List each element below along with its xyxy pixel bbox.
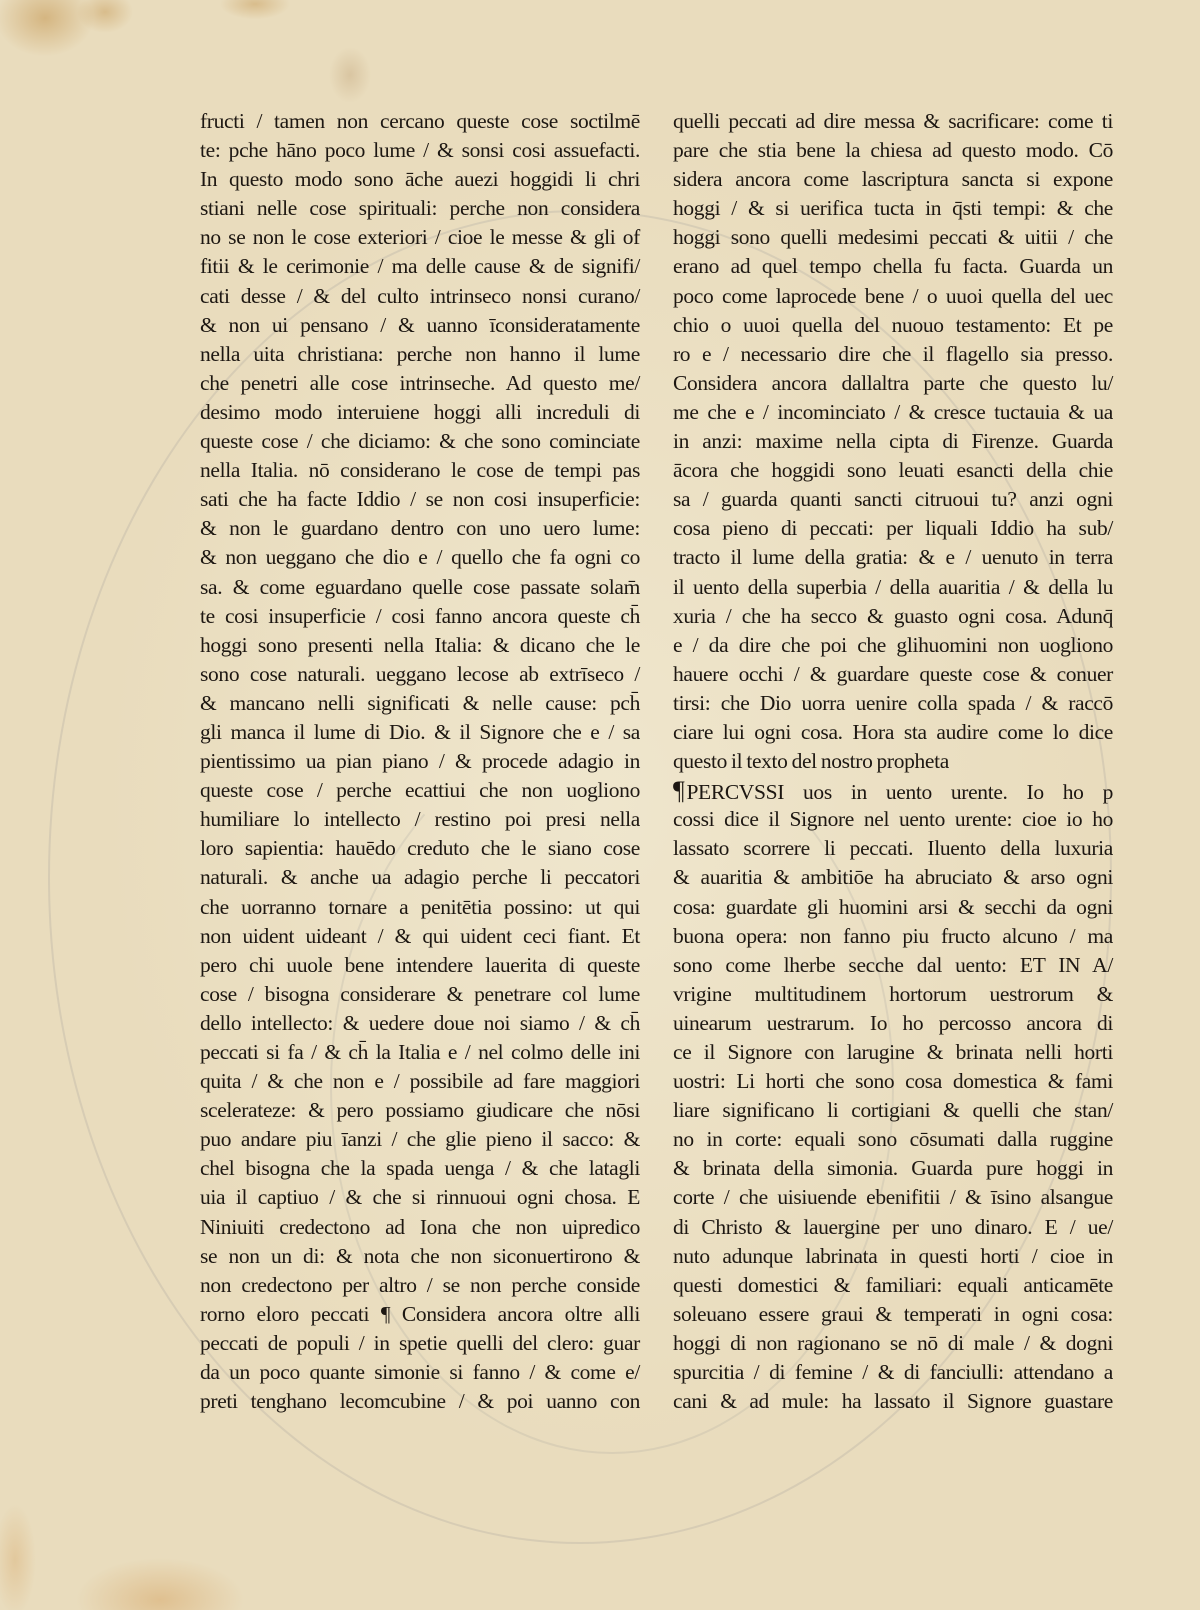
text-line: il uento della superbia / della auaritia… <box>673 573 1113 602</box>
text-line: queste cose / perche ecattiui che non uo… <box>200 776 640 805</box>
text-line: che penetri alle cose intrinseche. Ad qu… <box>200 369 640 398</box>
text-line: dello intellecto: & uedere doue noi siam… <box>200 1009 640 1038</box>
text-line: fitii & le cerimonie / ma delle cause & … <box>200 252 640 281</box>
text-line-with-mark: ¶PERCVSSI uos in uento urente. Io ho p <box>673 776 1113 805</box>
text-line: pero chi uuole bene intendere lauerita d… <box>200 951 640 980</box>
text-line: pientissimo ua pian piano / & procede ad… <box>200 747 640 776</box>
text-line: hoggi / & si uerifica tucta in q̄sti tem… <box>673 194 1113 223</box>
text-line: sa. & come eguardano quelle cose passate… <box>200 573 640 602</box>
text-line: peccati si fa / & ch̄ la Italia e / nel … <box>200 1038 640 1067</box>
text-line: buona opera: non fanno piu fructo alcuno… <box>673 922 1113 951</box>
text-line: & mancano nelli significati & nelle caus… <box>200 689 640 718</box>
text-line: chel bisogna che la spada uenga / & che … <box>200 1154 640 1183</box>
text-line: sa / guarda quanti sancti citruoui tu? a… <box>673 485 1113 514</box>
paper-page: fructi / tamen non cercano queste cose s… <box>0 0 1200 1610</box>
text-line: nella Italia. nō considerano le cose de … <box>200 456 640 485</box>
text-line: peccati de populi / in spetie quelli del… <box>200 1329 640 1358</box>
text-line: non uident uideant / & qui uident ceci f… <box>200 922 640 951</box>
text-line: nella uita christiana: perche non hanno … <box>200 340 640 369</box>
text-line: sidera ancora come lascriptura sancta si… <box>673 165 1113 194</box>
text-line: ce il Signore con larugine & brinata nel… <box>673 1038 1113 1067</box>
text-line: in anzi: maxime nella cipta di Firenze. … <box>673 427 1113 456</box>
text-line: liare significano li cortigiani & quelli… <box>673 1096 1113 1125</box>
text-line: no se non le cose exteriori / cioe le me… <box>200 223 640 252</box>
text-line: ro e / necessario dire che il flagello s… <box>673 340 1113 369</box>
text-line: te cosi insuperficie / cosi fanno ancora… <box>200 602 640 631</box>
text-line: tirsi: che Dio uorra uenire colla spada … <box>673 689 1113 718</box>
text-line: preti tenghano lecomcubine / & poi uanno… <box>200 1387 640 1416</box>
text-line: uinearum uestrarum. Io ho percosso ancor… <box>673 1009 1113 1038</box>
text-line: soleuano essere graui & temperati in ogn… <box>673 1300 1113 1329</box>
text-line: quita / & che non e / possibile ad fare … <box>200 1067 640 1096</box>
text-line: poco come laprocede bene / o uuoi quella… <box>673 282 1113 311</box>
text-line: spurcitia / di femine / & di fanciulli: … <box>673 1358 1113 1387</box>
text-line: vrigine multitudinem hortorum uestrorum … <box>673 980 1113 1009</box>
text-line: & non ueggano che dio e / quello che fa … <box>200 543 640 572</box>
text-line: naturali. & anche ua adagio perche li pe… <box>200 863 640 892</box>
text-line: e / da dire che poi che glihuomini non u… <box>673 631 1113 660</box>
text-line-content: PERCVSSI uos in uento urente. Io ho p <box>686 780 1113 804</box>
text-line: cose / bisogna considerare & penetrare c… <box>200 980 640 1009</box>
text-line: erano ad quel tempo chella fu facta. Gua… <box>673 252 1113 281</box>
text-line: rorno eloro peccati ¶ Considera ancora o… <box>200 1300 640 1329</box>
text-line: puo andare piu īanzi / che glie pieno il… <box>200 1125 640 1154</box>
text-line: uostri: Li horti che sono cosa domestica… <box>673 1067 1113 1096</box>
text-line: chio o uuoi quella del nuouo testamento:… <box>673 311 1113 340</box>
text-line: uia il captiuo / & che si rinnuoui ogni … <box>200 1183 640 1212</box>
text-line: gli manca il lume di Dio. & il Signore c… <box>200 718 640 747</box>
text-line: nuto adunque labrinata in questi horti /… <box>673 1242 1113 1271</box>
text-line: se non un di: & nota che non siconuertir… <box>200 1242 640 1271</box>
text-line: & non le guardano dentro con uno uero lu… <box>200 514 640 543</box>
text-line: cosa pieno di peccati: per liquali Iddio… <box>673 514 1113 543</box>
text-line: sono cose naturali. ueggano lecose ab ex… <box>200 660 640 689</box>
text-line: hauere occhi / & guardare queste cose & … <box>673 660 1113 689</box>
text-line: no in corte: equali sono cōsumati dalla … <box>673 1125 1113 1154</box>
text-line: non credectono per altro / se non perche… <box>200 1271 640 1300</box>
text-column-right: quelli peccati ad dire messa & sacrifica… <box>673 107 1113 1416</box>
text-line: xuria / che ha secco & guasto ogni cosa.… <box>673 602 1113 631</box>
text-line: lassato scorrere li peccati. Iluento del… <box>673 834 1113 863</box>
text-line: pare che stia bene la chiesa ad questo m… <box>673 136 1113 165</box>
text-line: me che e / incominciato / & cresce tucta… <box>673 398 1113 427</box>
text-line: hoggi sono presenti nella Italia: & dica… <box>200 631 640 660</box>
text-line: quelli peccati ad dire messa & sacrifica… <box>673 107 1113 136</box>
text-line: fructi / tamen non cercano queste cose s… <box>200 107 640 136</box>
text-line: scelerateze: & pero possiamo giudicare c… <box>200 1096 640 1125</box>
text-line: tracto il lume della gratia: & e / uenut… <box>673 543 1113 572</box>
text-line: questi domestici & familiari: equali ant… <box>673 1271 1113 1300</box>
text-line: cani & ad mule: ha lassato il Signore gu… <box>673 1387 1113 1416</box>
text-line: cossi dice il Signore nel uento urente: … <box>673 805 1113 834</box>
text-line: che uorranno tornare a penitētia possino… <box>200 893 640 922</box>
text-line: hoggi di non ragionano se nō di male / &… <box>673 1329 1113 1358</box>
text-line: ciare lui ogni cosa. Hora sta audire com… <box>673 718 1113 747</box>
text-line: questo il texto del nostro propheta <box>673 747 1113 776</box>
text-line: stiani nelle cose spirituali: perche non… <box>200 194 640 223</box>
text-line: sono come lherbe secche dal uento: ET IN… <box>673 951 1113 980</box>
text-line: sati che ha facte Iddio / se non cosi in… <box>200 485 640 514</box>
text-line: & brinata della simonia. Guarda pure hog… <box>673 1154 1113 1183</box>
text-line: loro sapientia: hauēdo creduto che le si… <box>200 834 640 863</box>
text-column-left: fructi / tamen non cercano queste cose s… <box>200 107 640 1416</box>
text-line: da un poco quante simonie si fanno / & c… <box>200 1358 640 1387</box>
text-line: Niniuiti credectono ad Iona che non uipr… <box>200 1213 640 1242</box>
text-line: In questo modo sono āche auezi hoggidi l… <box>200 165 640 194</box>
text-line: te: pche hāno poco lume / & sonsi cosi a… <box>200 136 640 165</box>
text-line: queste cose / che diciamo: & che sono co… <box>200 427 640 456</box>
text-line: & auaritia & ambitiōe ha abruciato & ars… <box>673 863 1113 892</box>
text-line: hoggi sono quelli medesimi peccati & uit… <box>673 223 1113 252</box>
paragraph-mark-icon: ¶ <box>673 776 684 805</box>
text-line: & non ui pensano / & uanno īconsideratam… <box>200 311 640 340</box>
text-line: cosa: guardate gli huomini arsi & secchi… <box>673 893 1113 922</box>
text-line: cati desse / & del culto intrinseco nons… <box>200 282 640 311</box>
text-line: desimo modo interuiene hoggi alli incred… <box>200 398 640 427</box>
text-line: Considera ancora dallaltra parte che que… <box>673 369 1113 398</box>
text-line: di Christo & lauergine per uno dinaro. E… <box>673 1213 1113 1242</box>
text-line: ācora che hoggidi sono leuati esancti de… <box>673 456 1113 485</box>
text-line: humiliare lo intellecto / restino poi pr… <box>200 805 640 834</box>
text-line: corte / che uisiuende ebenifitii / & īsi… <box>673 1183 1113 1212</box>
